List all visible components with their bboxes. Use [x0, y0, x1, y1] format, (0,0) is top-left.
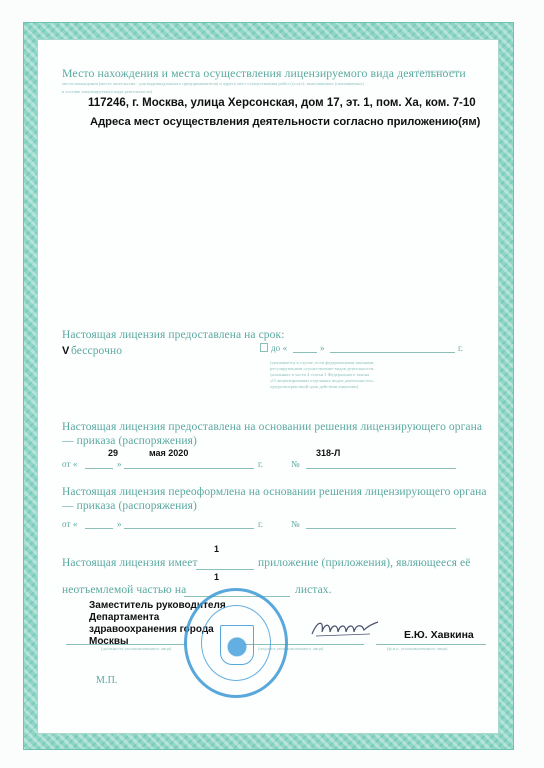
- granted-from-label: от «: [62, 459, 77, 469]
- coat-of-arms-icon: [220, 625, 254, 665]
- granted-year-suffix: г.: [258, 459, 263, 469]
- term-day-line: [293, 352, 317, 353]
- granted-day-line: [85, 468, 113, 469]
- granted-number-line: [306, 468, 456, 469]
- appendix-line2-suffix: листах.: [295, 584, 332, 596]
- term-indefinite: бессрочно: [71, 345, 122, 357]
- appendix-sheets: 1: [214, 572, 219, 582]
- appendix-count: 1: [214, 544, 219, 554]
- granted-month-year: мая 2020: [149, 448, 188, 458]
- reissued-from-label: от «: [62, 519, 77, 529]
- term-until-checkbox: [260, 343, 268, 352]
- term-label: Настоящая лицензия предоставлена на срок…: [62, 329, 285, 341]
- reissued-date-line: [124, 528, 254, 529]
- official-stamp: [184, 588, 288, 698]
- signatory-name: Е.Ю. Хавкина: [404, 629, 474, 641]
- caption-position: (должность уполномоченного лица): [101, 646, 171, 652]
- addresses-note: Адреса мест осуществления деятельности с…: [90, 116, 480, 128]
- appendix-line2-prefix: неотъемлемой частью на: [62, 584, 186, 596]
- position-caption-line: [66, 644, 186, 645]
- term-until-mid: »: [320, 343, 325, 353]
- location-note-line3: в составе лицензируемого вида деятельнос…: [62, 89, 152, 95]
- reissued-number-line: [306, 528, 456, 529]
- caption-name: (ф.и.о. уполномоченного лица): [387, 646, 447, 652]
- granted-day: 29: [108, 448, 118, 458]
- granted-number-label: №: [291, 459, 300, 469]
- appendix-count-line: [196, 569, 254, 570]
- signature-mark: [310, 618, 380, 640]
- check-mark: V: [62, 345, 69, 357]
- address: 117246, г. Москва, улица Херсонская, дом…: [88, 97, 476, 109]
- reissued-day-line: [85, 528, 113, 529]
- appendix-line1-prefix: Настоящая лицензия имеет: [62, 557, 198, 569]
- location-heading: Место нахождения и места осуществления л…: [62, 66, 466, 81]
- term-note-4: предусмотрен иной срок действия лицензии…: [270, 384, 358, 390]
- granted-number: 318-Л: [316, 448, 340, 458]
- location-note-line2: места нахождения (место жительства - для…: [62, 81, 364, 87]
- term-date-line: [330, 352, 455, 353]
- term-until-suffix: г.: [458, 343, 463, 353]
- term-until-prefix: до «: [271, 343, 287, 353]
- name-caption-line: [376, 644, 486, 645]
- reissued-label-line1: Настоящая лицензия переоформлена на осно…: [62, 486, 487, 498]
- reissued-quote-close: »: [117, 519, 122, 529]
- granted-label-line2: — приказа (распоряжения): [62, 435, 197, 447]
- granted-quote-close: »: [117, 459, 122, 469]
- seal-label: М.П.: [96, 675, 118, 686]
- granted-date-line: [124, 468, 254, 469]
- granted-label-line1: Настоящая лицензия предоставлена на осно…: [62, 421, 482, 433]
- reissued-number-label: №: [291, 519, 300, 529]
- appendix-line1-suffix: приложение (приложения), являющееся её: [258, 557, 470, 569]
- location-heading-note: (указываются адрес: [418, 70, 460, 76]
- reissued-year-suffix: г.: [258, 519, 263, 529]
- reissued-label-line2: — приказа (распоряжения): [62, 500, 197, 512]
